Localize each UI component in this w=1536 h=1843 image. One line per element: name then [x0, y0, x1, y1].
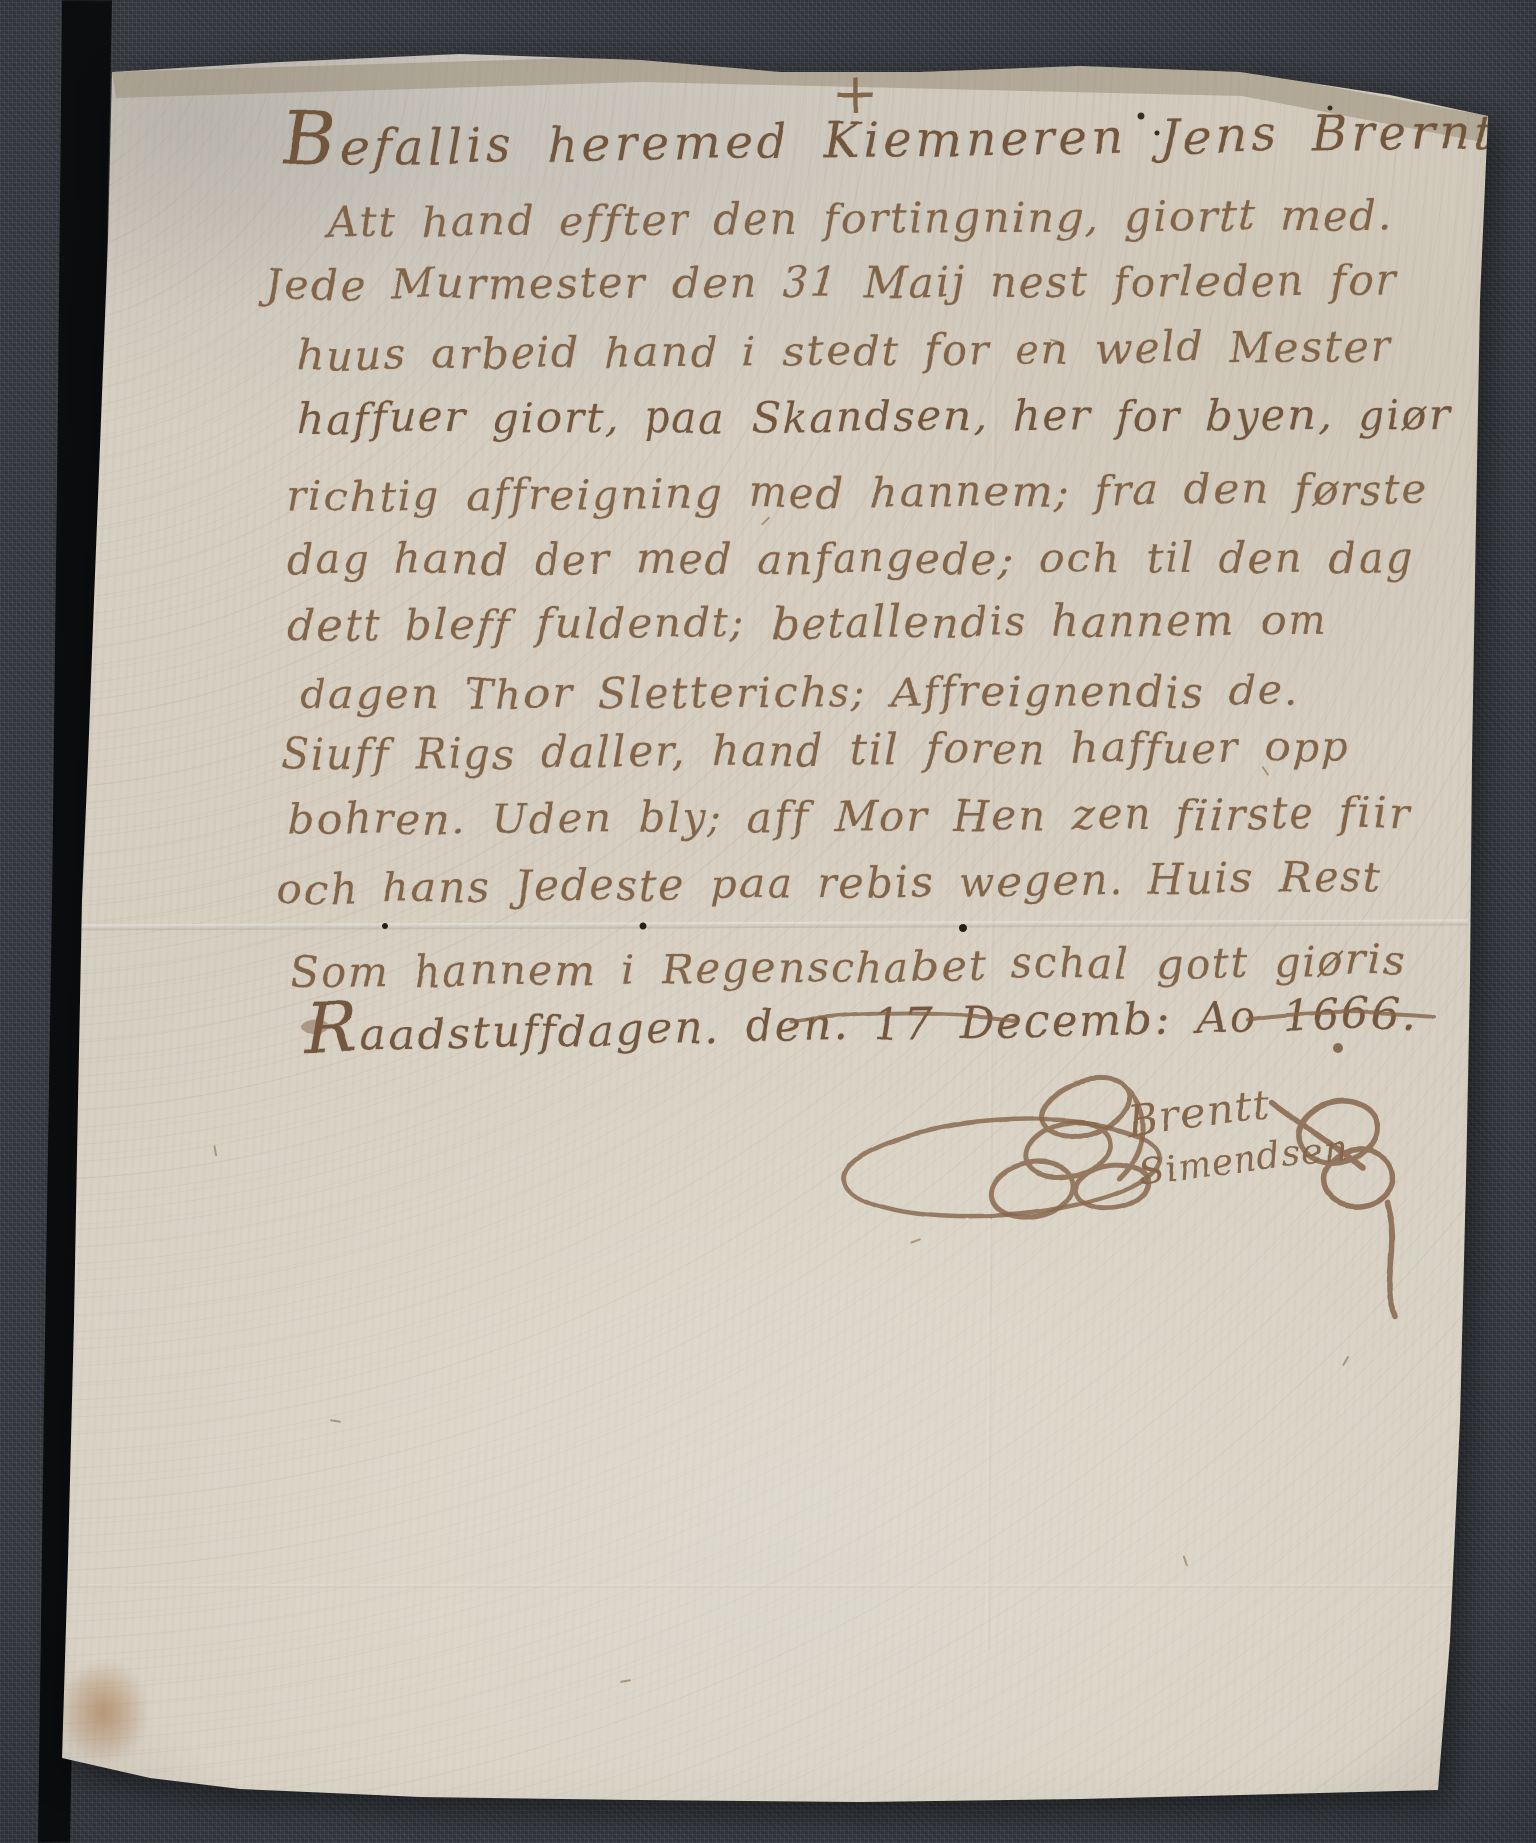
- manuscript-line-7: dag hand der med anfangede; och til den …: [286, 533, 1414, 584]
- manuscript-line-2: Att hand effter den fortingning, giortt …: [328, 190, 1394, 246]
- manuscript-line-5: haffuer giort, paa Skandsen, her for bye…: [298, 390, 1451, 443]
- manuscript-line-11: bohren. Uden bly; aff Mor Hen zen fiirst…: [288, 789, 1411, 844]
- manuscript-line-10: Siuff Rigs daller, hand til foren haffue…: [280, 721, 1350, 779]
- manuscript-line-6: richtig affreigning med hannem; fra den …: [286, 464, 1430, 521]
- paper-wrap: + Befallis heremed Kiemneren Jens Brernt…: [0, 0, 1536, 1843]
- dateline: Raadstuffdagen. den. 17 Decemb: Ao 1666.: [306, 988, 1419, 1062]
- manuscript-line-3: Jede Murmester den 31 Maij nest forleden…: [266, 256, 1398, 309]
- manuscript-line-9: dagen Thor Sletterichs; Affreignendis de…: [300, 666, 1300, 718]
- manuscript-line-4: huus arbeid hand i stedt for en weld Mes…: [296, 321, 1393, 380]
- manuscript-line-12: och hans Jedeste paa rebis wegen. Huis R…: [276, 852, 1382, 913]
- handwriting-layer: + Befallis heremed Kiemneren Jens Brernt…: [0, 0, 1536, 1843]
- signature-name-line1: Brentt: [1126, 1079, 1274, 1145]
- manuscript-paper: + Befallis heremed Kiemneren Jens Brernt…: [0, 0, 1536, 1843]
- manuscript-line-13: Som hannem i Regenschabet schal gott giø…: [290, 935, 1407, 998]
- manuscript-line-1: Befallis heremed Kiemneren Jens Brerntzn: [282, 103, 1536, 177]
- manuscript-line-8: dett bleff fuldendt; betallendis hannem …: [288, 595, 1329, 649]
- archive-photo: + Befallis heremed Kiemneren Jens Brernt…: [0, 0, 1536, 1843]
